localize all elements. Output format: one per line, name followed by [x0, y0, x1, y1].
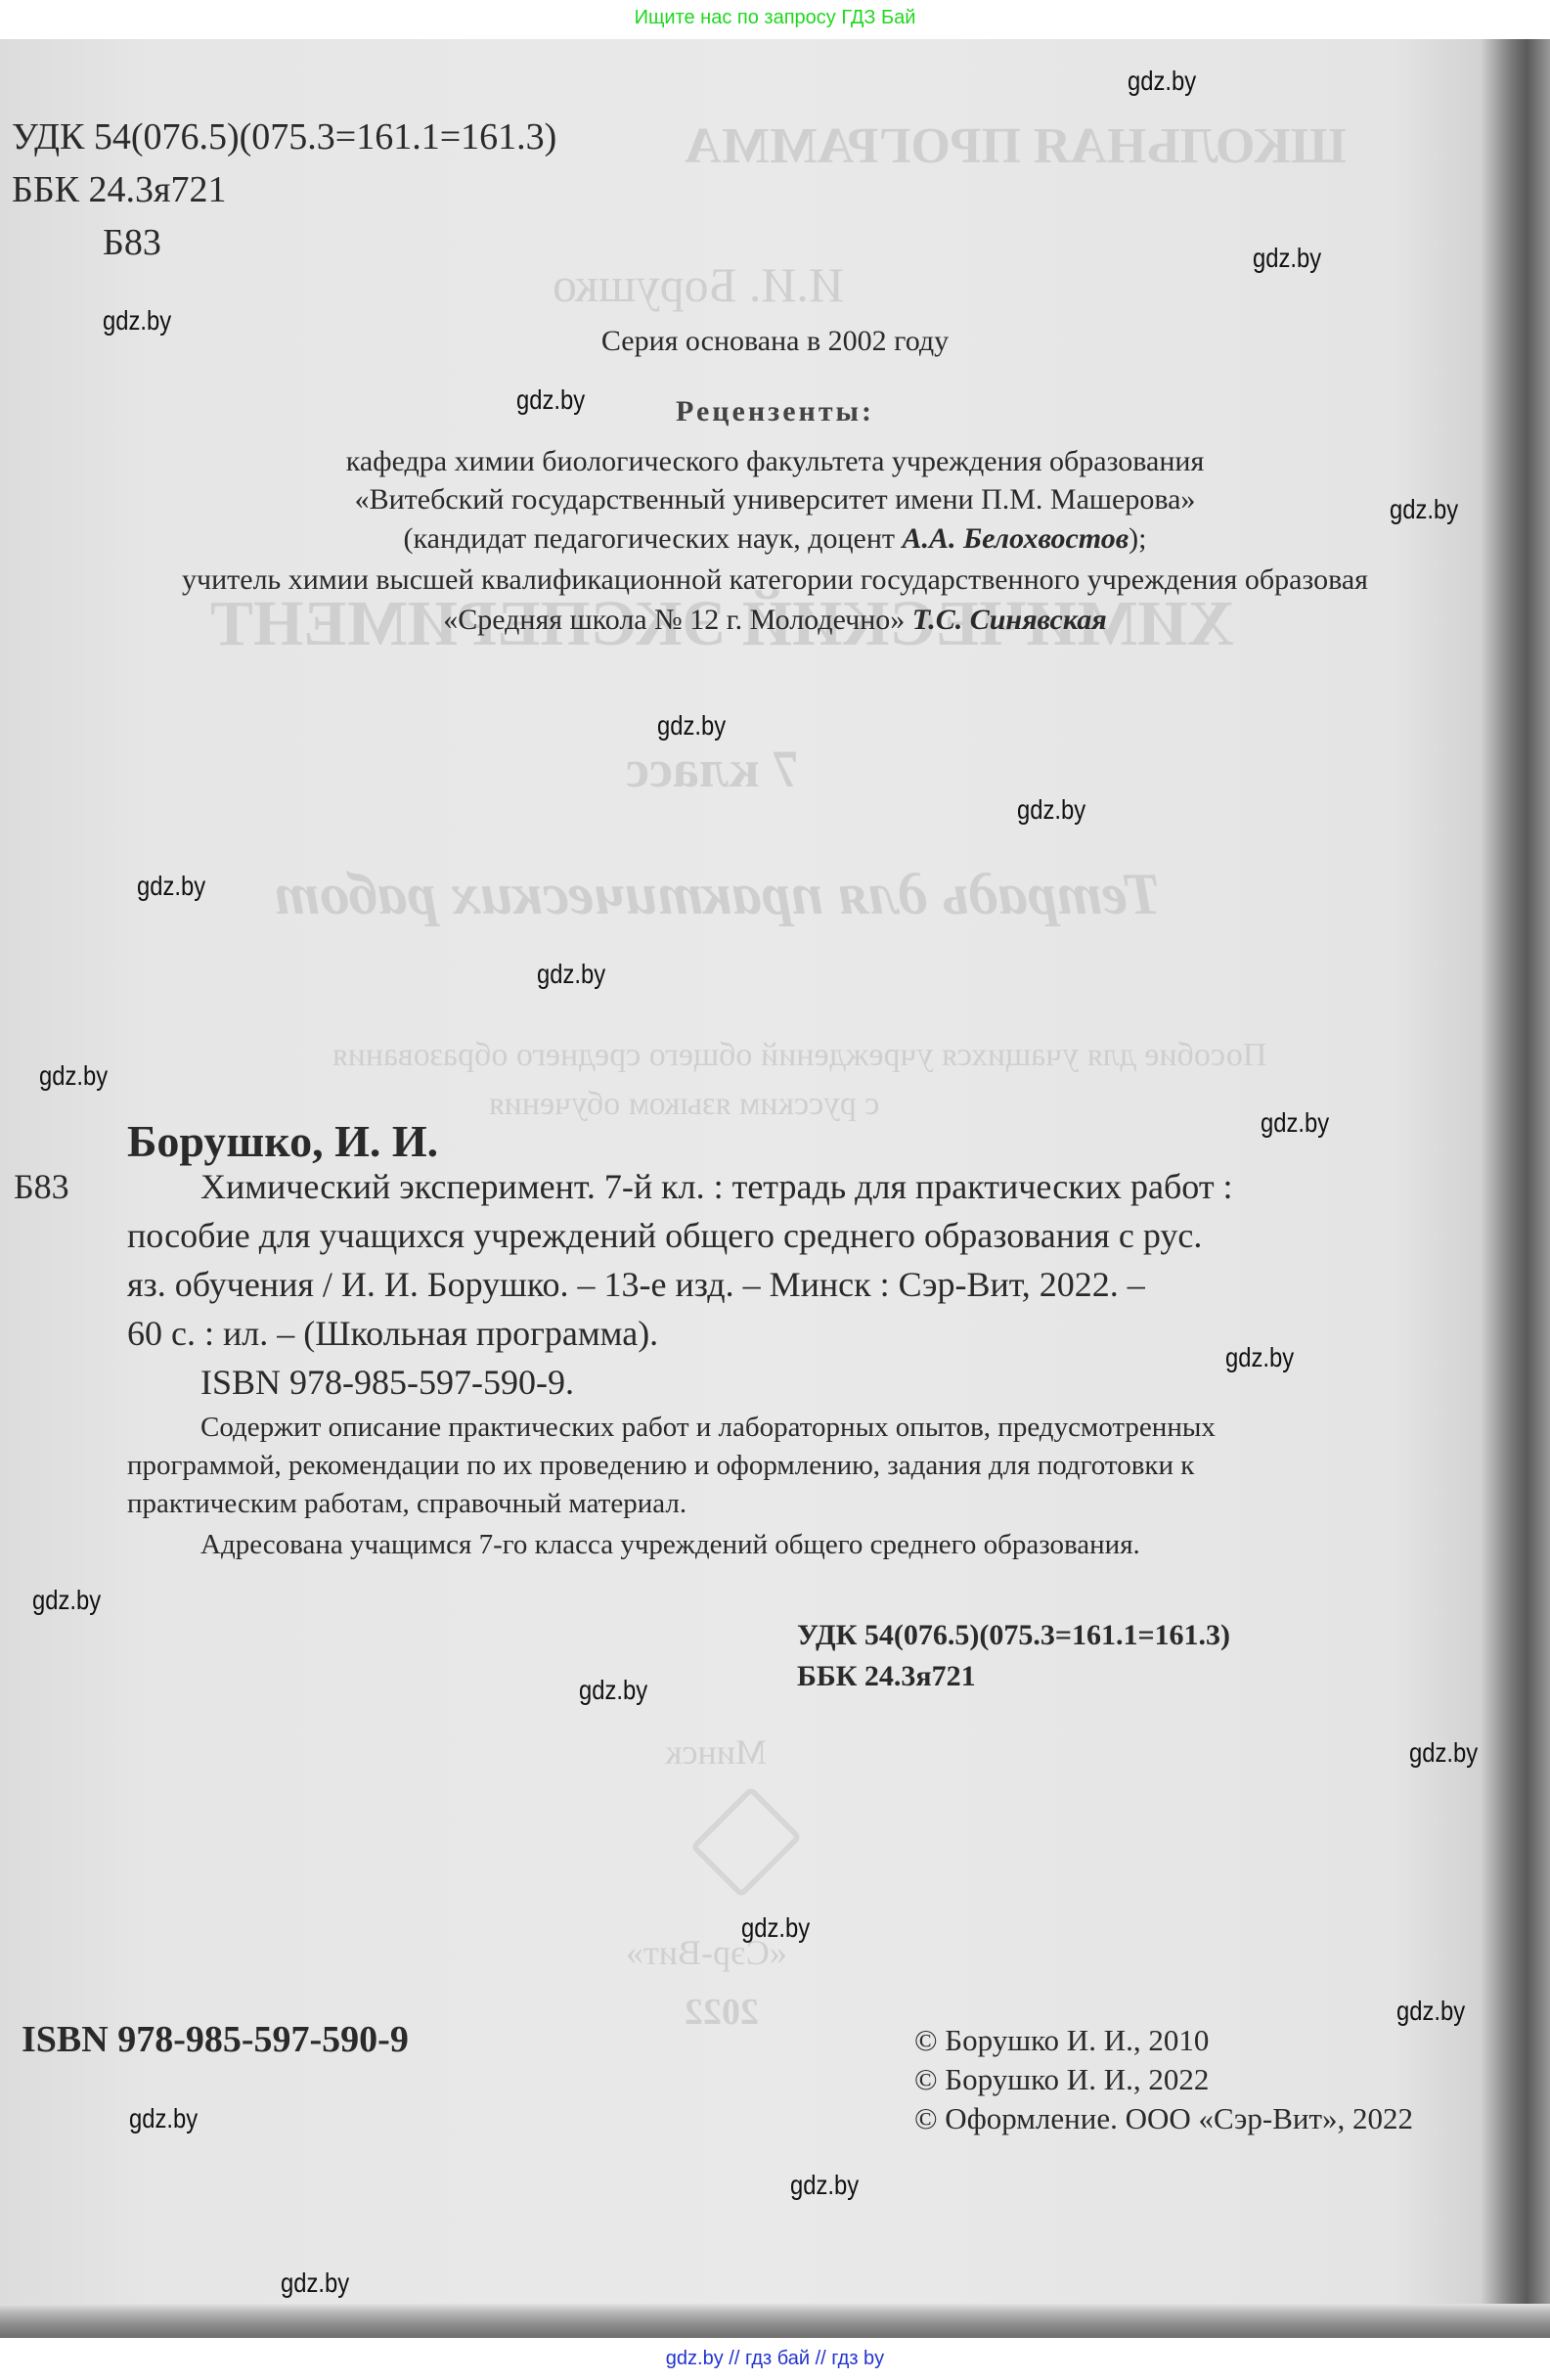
- watermark: gdz.by: [1261, 1107, 1329, 1139]
- annotation-line-3: практическим работам, справочный материа…: [127, 1488, 686, 1520]
- ghost-author: И.И. Борушко: [553, 256, 844, 313]
- reviewer-line-2: «Витебский государственный университет и…: [0, 483, 1550, 516]
- reviewers-heading: Рецензенты:: [0, 395, 1550, 428]
- bottom-udk-code: УДК 54(076.5)(075.3=161.1=161.3): [797, 1619, 1230, 1652]
- author-mark: Б83: [103, 221, 161, 264]
- record-line-4: 60 с. : ил. – (Школьная программа).: [127, 1313, 658, 1354]
- watermark: gdz.by: [516, 384, 585, 416]
- bbk-code: ББК 24.3я721: [12, 168, 226, 211]
- watermark: gdz.by: [1017, 794, 1085, 826]
- reviewer-name-1: А.А. Белохвостов: [903, 522, 1129, 555]
- page-bottom-edge: [0, 2304, 1550, 2338]
- watermark: gdz.by: [657, 710, 726, 741]
- watermark: gdz.by: [1409, 1737, 1478, 1769]
- annotation-line-1: Содержит описание практических работ и л…: [200, 1412, 1216, 1444]
- watermark: gdz.by: [103, 305, 171, 337]
- udk-code: УДК 54(076.5)(075.3=161.1=161.3): [12, 115, 556, 158]
- copyright-2: © Борушко И. И., 2022: [914, 2062, 1209, 2097]
- reviewer-line-3-prefix: (кандидат педагогических наук, доцент: [404, 522, 903, 555]
- reviewer-line-3-suffix: );: [1129, 522, 1146, 555]
- watermark: gdz.by: [1253, 243, 1321, 274]
- ghost-purpose-2: с русским языком обучения: [489, 1086, 879, 1123]
- audience-note: Адресована учащимся 7-го класса учрежден…: [200, 1529, 1140, 1561]
- ghost-series-name: ШКОЛЬНАЯ ПРОГРАММА: [685, 117, 1347, 175]
- watermark: gdz.by: [537, 959, 605, 990]
- watermark: gdz.by: [1225, 1342, 1294, 1373]
- watermark: gdz.by: [39, 1060, 108, 1092]
- watermark: gdz.by: [1390, 494, 1458, 525]
- ghost-grade: 7 класс: [626, 739, 799, 799]
- record-line-1: Химический эксперимент. 7-й кл. : тетрад…: [200, 1166, 1233, 1207]
- watermark: gdz.by: [32, 1585, 101, 1616]
- bottom-bbk-code: ББК 24.3я721: [797, 1660, 976, 1693]
- isbn-bottom: ISBN 978-985-597-590-9: [22, 2018, 409, 2061]
- record-line-2: пособие для учащихся учреждений общего с…: [127, 1215, 1202, 1256]
- watermark: gdz.by: [1128, 66, 1196, 97]
- reviewer-line-5-prefix: «Средняя школа № 12 г. Молодечно»: [443, 604, 912, 636]
- reviewer-line-3: (кандидат педагогических наук, доцент А.…: [0, 522, 1550, 556]
- reviewer-line-1: кафедра химии биологического факультета …: [0, 445, 1550, 478]
- copyright-3: © Оформление. ООО «Сэр-Вит», 2022: [914, 2101, 1413, 2136]
- reviewer-line-5: «Средняя школа № 12 г. Молодечно» Т.С. С…: [0, 604, 1550, 637]
- record-isbn: ISBN 978-985-597-590-9.: [200, 1362, 574, 1403]
- watermark: gdz.by: [579, 1675, 647, 1706]
- watermark: gdz.by: [790, 2170, 859, 2201]
- ghost-year: 2022: [685, 1991, 759, 2034]
- copyright-1: © Борушко И. И., 2010: [914, 2023, 1209, 2058]
- record-author-mark: Б83: [14, 1166, 69, 1207]
- reviewer-line-4: учитель химии высшей квалификационной ка…: [0, 563, 1550, 597]
- reviewer-name-2: Т.С. Синявская: [912, 604, 1107, 636]
- annotation-line-2: программой, рекомендации по их проведени…: [127, 1450, 1194, 1482]
- watermark: gdz.by: [129, 2103, 198, 2134]
- ghost-purpose-1: Пособие для учащихся учреждений общего с…: [332, 1037, 1266, 1074]
- author-heading: Борушко, И. И.: [127, 1115, 438, 1167]
- footer-links[interactable]: gdz.by // гдз бай // гдз by: [0, 2341, 1550, 2380]
- watermark: gdz.by: [741, 1912, 810, 1944]
- search-banner[interactable]: Ищите нас по запросу ГДЗ Бай: [0, 0, 1550, 39]
- series-note: Серия основана в 2002 году: [0, 325, 1550, 358]
- ghost-subtitle: Тетрадь для практических работ: [274, 861, 1161, 928]
- watermark: gdz.by: [1396, 1996, 1465, 2027]
- record-line-3: яз. обучения / И. И. Борушко. – 13-е изд…: [127, 1264, 1145, 1305]
- watermark: gdz.by: [281, 2268, 349, 2299]
- watermark: gdz.by: [137, 871, 205, 902]
- ghost-city: Минск: [665, 1731, 767, 1773]
